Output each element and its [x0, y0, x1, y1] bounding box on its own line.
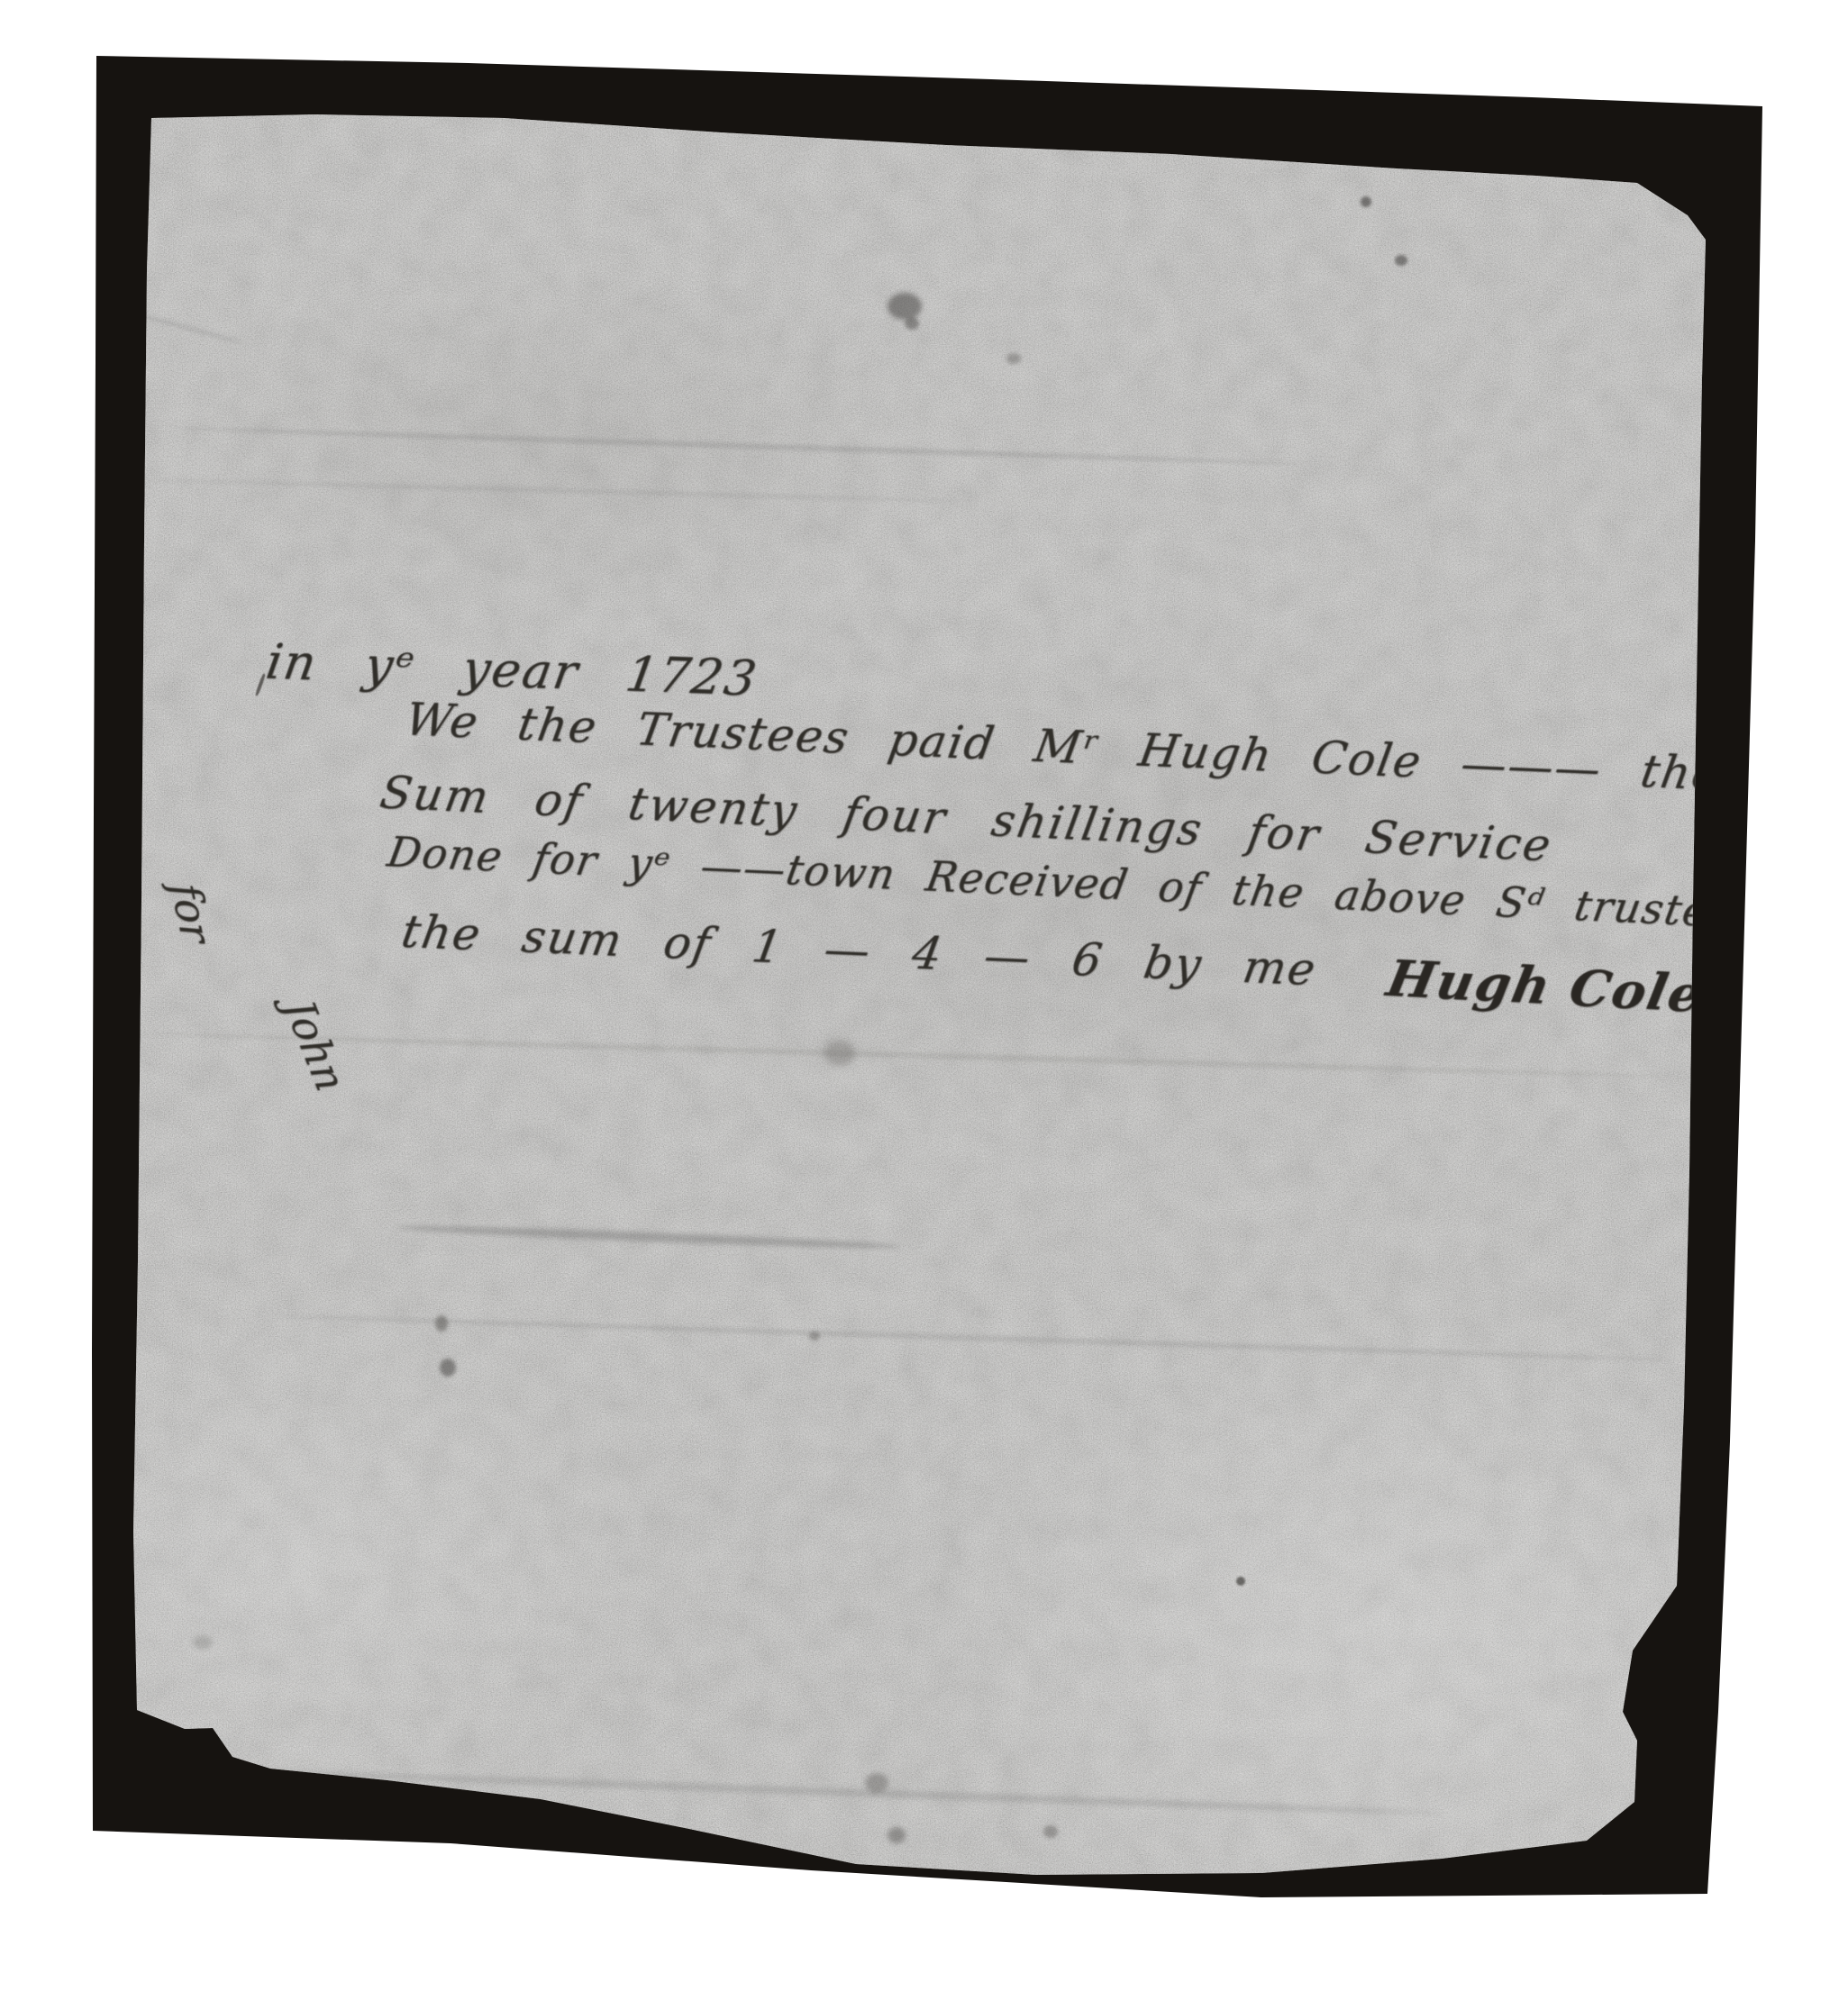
- ink-stain: [1236, 1577, 1245, 1586]
- receipt-paper: in yᵉ year 1723 We the Trustees paid Mʳ …: [0, 0, 1848, 2010]
- ink-stain: [905, 317, 919, 330]
- ink-stain: [865, 1773, 888, 1793]
- ink-stain: [435, 1315, 448, 1332]
- scan-black-frame: in yᵉ year 1723 We the Trustees paid Mʳ …: [0, 0, 1848, 2010]
- ink-smudge: [824, 1041, 855, 1066]
- ink-stain: [888, 293, 922, 320]
- ink-stain: [888, 1827, 906, 1843]
- ink-stain: [1043, 1825, 1058, 1838]
- ink-stain: [193, 1635, 213, 1650]
- scanned-receipt-page: in yᵉ year 1723 We the Trustees paid Mʳ …: [0, 0, 1848, 2010]
- ink-stain: [1006, 353, 1021, 364]
- ink-stain: [1361, 196, 1371, 207]
- ink-stain: [1395, 255, 1407, 266]
- ink-stain: [809, 1332, 820, 1341]
- ink-stain: [440, 1359, 456, 1377]
